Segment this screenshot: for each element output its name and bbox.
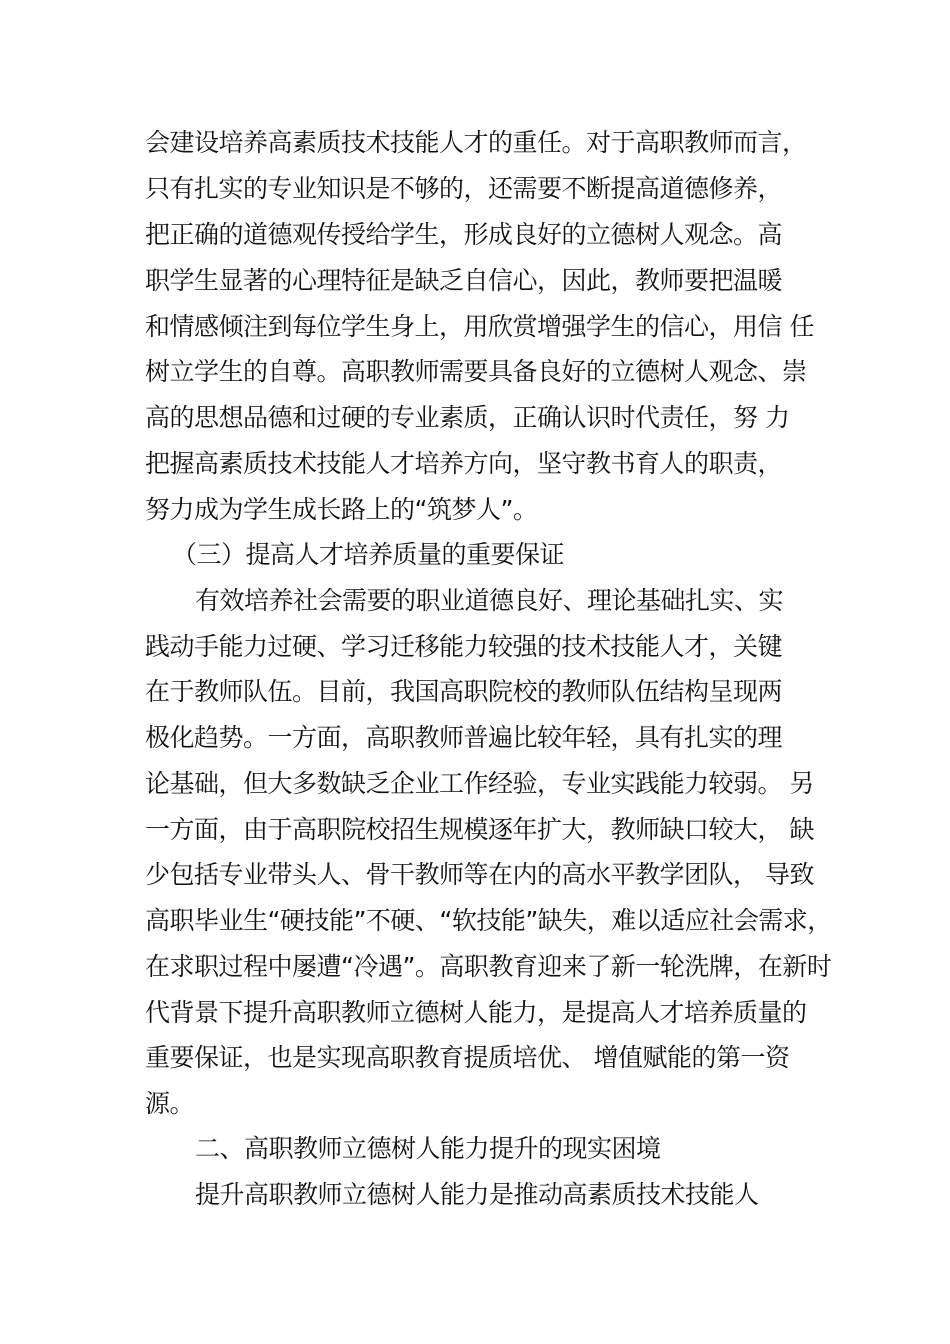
paragraph-line: 和情感倾注到每位学生身上，用欣赏增强学生的信心，用信 任	[145, 312, 814, 342]
paragraph-line: 高的思想品德和过硬的专业素质，正确认识时代责任，努 力	[145, 403, 789, 433]
paragraph-line: 高职毕业生“硬技能”不硬、“软技能”缺失，难以适应社会需求，	[145, 906, 832, 936]
paragraph-line: 在求职过程中屡遭“冷遇”。高职教育迎来了新一轮洗牌，在新时	[145, 952, 831, 982]
paragraph-line: 在于教师队伍。目前，我国高职院校的教师队伍结构呈现两	[145, 677, 782, 707]
paragraph-line: 职学生显著的心理特征是缺乏自信心，因此，教师要把温暖	[145, 266, 782, 296]
paragraph-line: 重要保证，也是实现高职教育提质培优、 增值赋能的第一资	[145, 1043, 789, 1073]
section-heading: 二、高职教师立德树人能力提升的现实困境	[195, 1134, 661, 1164]
paragraph-line: 论基础，但大多数缺乏企业工作经验，专业实践能力较弱。 另	[145, 769, 814, 799]
paragraph-line: 提升高职教师立德树人能力是推动高素质技术技能人	[195, 1180, 759, 1210]
paragraph-line: 努力成为学生成长路上的“筑梦人”。	[145, 495, 537, 525]
paragraph-line: 把正确的道德观传授给学生，形成良好的立德树人观念。高	[145, 220, 782, 250]
section-subheading: （三）提高人才培养质量的重要保证	[172, 540, 564, 570]
paragraph-line: 践动手能力过硬、学习迁移能力较强的技术技能人才，关键	[145, 632, 782, 662]
paragraph-line: 代背景下提升高职教师立德树人能力，是提高人才培养质量的	[145, 998, 807, 1028]
paragraph-line: 有效培养社会需要的职业道德良好、理论基础扎实、实	[195, 586, 783, 616]
paragraph-line: 极化趋势。一方面，高职教师普遍比较年轻，具有扎实的理	[145, 723, 782, 753]
paragraph-line: 一方面，由于高职院校招生规模逐年扩大，教师缺口较大， 缺	[145, 815, 814, 845]
paragraph-line: 把握高素质技术技能人才培养方向，坚守教书育人的职责，	[145, 449, 782, 479]
paragraph-line: 源。	[145, 1089, 194, 1119]
document-page: 会建设培养高素质技术技能人才的重任。对于高职教师而言， 只有扎实的专业知识是不够…	[0, 0, 950, 1344]
paragraph-line: 只有扎实的专业知识是不够的，还需要不断提高道德修养，	[145, 174, 782, 204]
paragraph-line: 会建设培养高素质技术技能人才的重任。对于高职教师而言，	[145, 128, 807, 158]
paragraph-line: 树立学生的自尊。高职教师需要具备良好的立德树人观念、崇	[145, 357, 807, 387]
paragraph-line: 少包括专业带头人、骨干教师等在内的高水平教学团队， 导致	[145, 860, 814, 890]
